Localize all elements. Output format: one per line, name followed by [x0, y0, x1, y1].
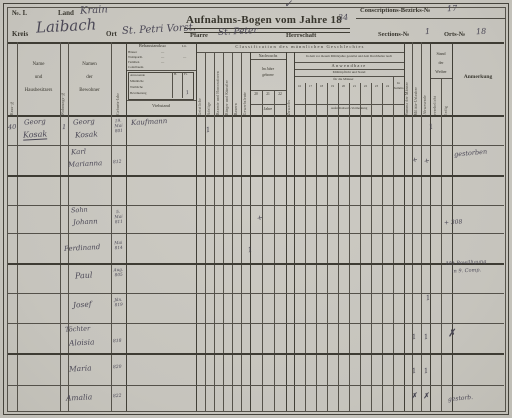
nachwuchs-y1: 20 — [250, 93, 262, 97]
pop-r3: Weibliche — [130, 86, 143, 89]
anw-sub-6: 21 — [349, 85, 360, 88]
class-col-6: Gewerbsleute — [241, 52, 250, 115]
behaustand-title: Behaustand: — [126, 44, 174, 49]
col-hausnr-label: Haus-№ — [11, 99, 15, 115]
grid-vline — [205, 52, 206, 411]
grid-vline — [349, 83, 350, 411]
resident-name-1: Karl — [71, 149, 86, 157]
grid-vline — [404, 42, 405, 411]
viehstand-label: Viehstand — [126, 104, 196, 109]
nachwuchs-y2: 21 — [262, 93, 274, 97]
birth-date: Mai 814 — [112, 240, 126, 251]
tally-mark: 1 — [428, 124, 434, 132]
class-col-2: Adelige — [205, 52, 214, 115]
birth-year: 801 — [115, 128, 123, 134]
right-col-3: Abwesende — [421, 42, 430, 115]
sections-value: 1 — [425, 28, 431, 36]
row-line — [8, 233, 504, 234]
anwendbare-l1: In dem vor diesem Militärjahre gestellet… — [296, 54, 402, 58]
col-wohnung: Wohnungs-№ — [60, 42, 68, 115]
ort-label: Ort — [106, 31, 117, 38]
class-col-4-label: Bürger und Künstler — [226, 78, 230, 115]
behaustand-r4: Contribuent. — [128, 66, 144, 69]
birth-date: 19. Mai 801 — [111, 118, 125, 134]
pop-r2: Männliche — [130, 80, 144, 83]
grid-vline — [68, 42, 69, 411]
nachwuchs-l2: geborne — [250, 74, 286, 78]
conscription-underline — [356, 18, 506, 19]
behaustand-col1: Zahl — [160, 45, 166, 48]
row-line — [8, 145, 504, 146]
nachwuchs-bottom-line — [250, 104, 286, 105]
col-bewohner-l1: Namen — [68, 58, 111, 71]
anwendbare-l3: Militärpflicht und Stand — [294, 71, 404, 74]
anwendbare-l4: für die Männer — [294, 78, 393, 81]
anw-sub-8: 23 — [371, 85, 382, 88]
behaustand-d1: — — [161, 51, 164, 54]
grid-vline — [360, 83, 361, 411]
col-geburt-label: Geburts-Jahr — [117, 91, 121, 115]
grid-vline — [452, 42, 453, 411]
grid-vline — [294, 52, 295, 411]
col-besitzer-l1: Name — [17, 58, 60, 71]
check-mark: ✓ — [284, 0, 293, 10]
anwendbare-l2: Anwendbare — [294, 64, 404, 69]
grid-vline — [196, 42, 197, 411]
grid-vline — [17, 42, 18, 411]
census-sheet: №. I. Land Krain ✓ Aufnahms-Bogen vom Ja… — [0, 0, 512, 418]
birth-year: 814 — [115, 245, 123, 251]
row-line — [8, 353, 504, 355]
tally-mark: 1 — [186, 91, 190, 96]
behaustand-d2: — — [161, 56, 164, 59]
anmerkung-header: Anmerkung — [452, 75, 504, 81]
class-col-2-label: Adelige — [208, 100, 212, 115]
birth-year: 819 — [115, 302, 123, 308]
tally-mark: 1 — [411, 368, 417, 376]
title-underline — [184, 28, 350, 33]
col-hausnr: Haus-№ — [8, 42, 17, 115]
orts-label: Orts-№ — [444, 32, 465, 39]
tally-mark: 1 — [247, 247, 253, 255]
tally-mark: 1 — [423, 368, 429, 376]
weiber-t1: Stand — [430, 50, 452, 59]
grid-vline — [382, 83, 383, 411]
anw-sub-5: 20 — [338, 85, 349, 88]
weiber-sub-2-label: ledig — [445, 104, 449, 115]
weiber-t3: Weiber — [430, 68, 452, 77]
weiber-sub-1-label: verehelicht — [434, 94, 438, 115]
resident-name-1: Sohn — [71, 207, 88, 214]
right-col-1-label: Summa der Männer — [406, 80, 410, 115]
birth-date: Aug. 805 — [112, 267, 126, 278]
orts-value: 18 — [476, 28, 487, 37]
grid-vline — [241, 52, 242, 411]
resident-name-1: Töchter — [65, 325, 90, 333]
birth-date: Jän. 819 — [112, 297, 126, 308]
behaustand-low-line — [126, 100, 196, 101]
grid-vline — [371, 83, 372, 411]
anw-sub-2: 17 — [305, 85, 316, 88]
pfarre-label: Pfarre — [190, 33, 208, 40]
grid-vline — [262, 90, 263, 411]
nachwuchs-years-line — [250, 90, 286, 91]
behaustand-r1: Häuser — [128, 51, 137, 54]
weiber-sub-2: ledig — [441, 78, 452, 115]
grid-vline — [60, 42, 61, 411]
row-line — [8, 263, 504, 265]
tally-mark: 1 — [423, 334, 429, 342]
anw-sub-9: 24 — [382, 85, 393, 88]
cross-mark: ✗ — [447, 329, 456, 339]
anw-sub-4: 19 — [327, 85, 338, 88]
col-geburt: Geburts-Jahr — [111, 42, 126, 115]
conscription-label: Conscriptions-Bezirks-№ — [360, 8, 430, 15]
anw-sub-3: 18 — [316, 85, 327, 88]
class-col-4: Bürger und Künstler — [223, 52, 232, 115]
resident-name-1: Maria — [69, 364, 92, 373]
grid-vline — [338, 83, 339, 411]
resident-name-1: Georg — [73, 118, 95, 126]
tally-mark: + — [411, 157, 418, 165]
class-col-3-label: Beamte und Honoratioren — [217, 69, 221, 115]
right-col-2-label: Militär-Urlauber — [415, 85, 419, 115]
col-bewohner-l3: Bewohner — [68, 84, 111, 97]
birth-date: 5. Mai 811 — [111, 209, 125, 225]
nachwuchs-bottom: Jahre — [250, 107, 286, 111]
pop-r4: Bevölkerung — [130, 92, 146, 95]
resident-name-2: Aloisia — [69, 338, 95, 347]
anw-sub-7: 22 — [360, 85, 371, 88]
row-line — [8, 385, 504, 386]
grid-vline — [412, 42, 413, 411]
class-col-3: Beamte und Honoratioren — [214, 52, 223, 115]
grid-vline — [214, 52, 215, 411]
resident-name-1: Josef — [73, 301, 92, 309]
grid-vline — [421, 42, 422, 411]
title-year: 34 — [338, 14, 349, 23]
form-number: №. I. — [12, 10, 27, 17]
tally-mark: 1 — [425, 295, 431, 303]
nachwuchs-title-line — [250, 59, 286, 60]
birth-year: 822 — [113, 395, 122, 400]
kreis-value: Laibach — [36, 17, 97, 35]
pop-r1: Anwesende — [130, 74, 145, 77]
behaustand-r3: Familien — [128, 61, 139, 64]
behaustand-col2: Lit. — [182, 45, 187, 48]
grid-vline — [223, 52, 224, 411]
sections-label: Sections-№ — [378, 32, 409, 39]
grid-vline — [126, 42, 127, 411]
pop-col1: H. — [174, 73, 177, 76]
grid-vline — [327, 83, 328, 411]
owner-last-name: Kosak — [23, 130, 48, 140]
col-bewohner: Namen der Bewohner — [68, 58, 111, 97]
page-title: Aufnahms-Bogen vom Jahre 18 — [186, 15, 342, 26]
pop-col2: Fr. — [184, 73, 187, 76]
dwelling-number: 1 — [62, 124, 66, 131]
resident-name-2: Kosak — [75, 130, 98, 139]
row-line — [8, 175, 504, 177]
right-col-3-label: Abwesende — [424, 93, 428, 115]
grid-vline — [305, 83, 306, 411]
weiber-t2: der — [430, 59, 452, 68]
summa-l2: Summa — [393, 87, 404, 90]
grid-vline — [111, 42, 112, 411]
class-col-1-label: Geistliche — [199, 96, 203, 115]
conscription-value: 17 — [447, 5, 458, 14]
classification-title: Classification des männlichen Geschlecht… — [196, 45, 404, 50]
grid-vline — [430, 42, 431, 411]
behaustand-mid-line — [126, 70, 196, 71]
grid-vline — [250, 52, 251, 411]
birth-year: 820 — [113, 366, 122, 371]
kreis-label: Kreis — [12, 31, 28, 38]
pop-vline-2 — [182, 72, 183, 98]
nachwuchs-l1: Im Jahre — [250, 68, 286, 72]
summa-l1: In — [393, 82, 404, 85]
birth-year: 811 — [115, 219, 123, 225]
col-besitzer: Name und Hausbesitzers — [17, 58, 60, 97]
tally-mark: 1 — [411, 334, 417, 342]
grid-vline — [393, 76, 394, 411]
nachwuchs-y3: 22 — [274, 93, 286, 97]
tally-mark: + — [256, 215, 263, 223]
zuwachs-col-label: Zuwachs — [288, 98, 292, 115]
grid-vline — [441, 78, 442, 411]
cross-mark: ✗ — [410, 392, 417, 400]
birth-year: 812 — [113, 161, 122, 166]
col-wohnung-label: Wohnungs-№ — [62, 90, 66, 115]
weiber-sub-1: verehelicht — [430, 78, 441, 115]
grid-vline — [274, 90, 275, 411]
birth-year: 805 — [115, 272, 123, 278]
herrschaft-label: Herrschaft — [286, 33, 316, 40]
annotation-number: + 308 — [444, 220, 463, 227]
col-besitzer-l2: und — [17, 71, 60, 84]
resident-name-1: Paul — [75, 272, 93, 281]
behaustand-d3: — — [161, 61, 164, 64]
owner-first-name: Georg — [24, 118, 46, 126]
class-col-6-label: Gewerbsleute — [244, 90, 248, 115]
resident-name-2: Johann — [73, 218, 98, 226]
house-number: 40 — [8, 124, 17, 131]
class-col-5: Bauern — [232, 52, 241, 115]
behaustand-d4: — — [183, 56, 186, 59]
birth-year: 818 — [113, 340, 122, 345]
grid-vline — [316, 83, 317, 411]
tally-mark: + — [423, 158, 430, 166]
behaustand-r2: Wohnparth. — [128, 56, 143, 59]
cross-mark: ✗ — [422, 392, 429, 400]
grid-vline — [232, 52, 233, 411]
pop-vline-1 — [172, 72, 173, 98]
right-col-2: Militär-Urlauber — [412, 42, 421, 115]
tally-mark: 1 — [205, 127, 211, 135]
weiber-title: Stand der Weiber — [430, 50, 452, 76]
anw-sub-1: 16 — [294, 85, 305, 88]
resident-name-1: Amalia — [66, 393, 93, 402]
class-col-5-label: Bauern — [235, 101, 239, 115]
col-besitzer-l3: Hausbesitzers — [17, 84, 60, 97]
grid-vline — [286, 52, 287, 411]
col-bewohner-l2: der — [68, 71, 111, 84]
nachwuchs-title: Nachwuchs — [250, 54, 286, 58]
